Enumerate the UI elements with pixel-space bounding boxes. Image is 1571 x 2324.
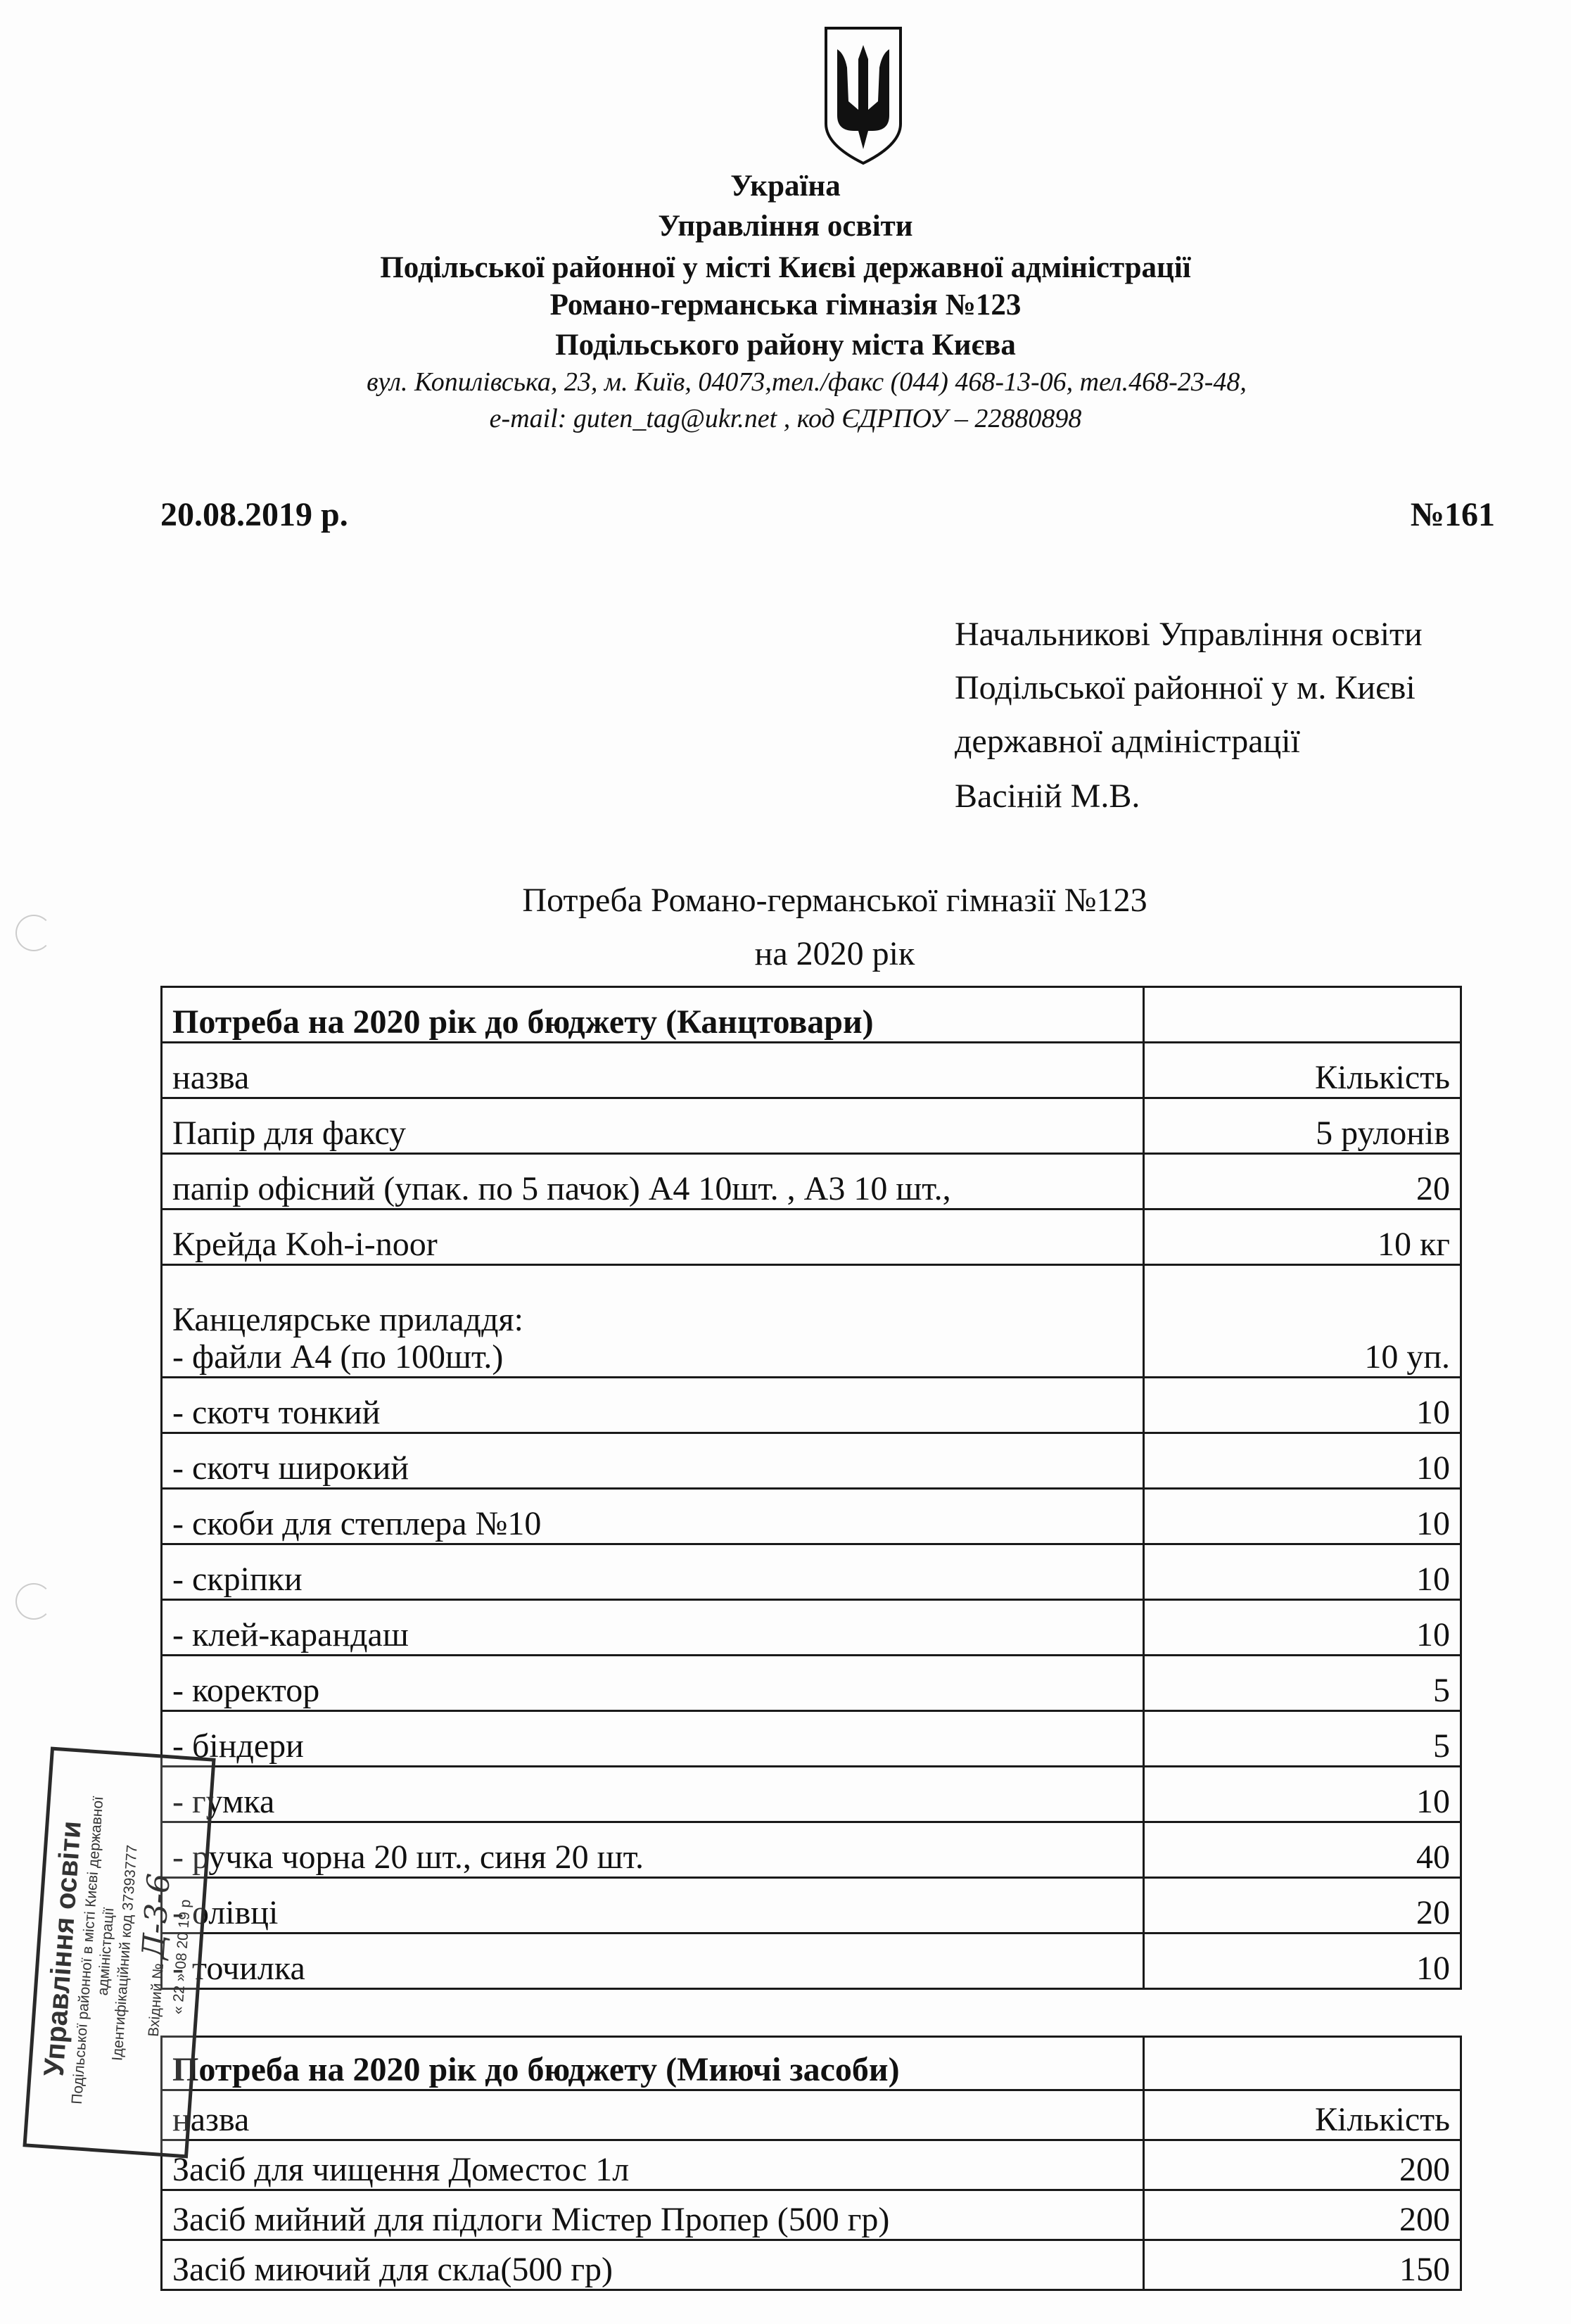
table-row: Папір для факсу5 рулонів: [162, 1098, 1461, 1154]
header-department: Управління освіти: [0, 211, 1571, 241]
item-quantity: 10 уп.: [1144, 1265, 1461, 1378]
item-name-text: - коректор: [172, 1672, 1133, 1710]
item-quantity: 10: [1144, 1600, 1461, 1656]
section-empty-cell: [1144, 987, 1461, 1043]
item-quantity: 5: [1144, 1656, 1461, 1711]
table-row: - скотч тонкий10: [162, 1378, 1461, 1433]
punch-hole: [15, 1583, 52, 1620]
table-row: - біндери5: [162, 1711, 1461, 1767]
item-name-text: - клей-карандаш: [172, 1616, 1133, 1654]
addressee-name: Васіній М.В.: [955, 780, 1140, 813]
item-name: Засіб для чищення Доместос 1л: [162, 2140, 1144, 2190]
item-name-text: - біндери: [172, 1727, 1133, 1765]
document-subtitle: на 2020 рік: [0, 937, 1571, 971]
item-quantity: 200: [1144, 2140, 1461, 2190]
header-address: вул. Копилівська, 23, м. Київ, 04073,тел…: [0, 369, 1571, 395]
table-row: Засіб для чищення Доместос 1л200: [162, 2140, 1461, 2190]
item-name: Засіб мийний для підлоги Містер Пропер (…: [162, 2190, 1144, 2240]
item-name-text: Засіб миючий для скла(500 гр): [172, 2251, 1133, 2289]
stamp-incoming-label: Вхідний №: [146, 1962, 167, 2037]
item-name-text: - скотч широкий: [172, 1449, 1133, 1487]
table-row: - ручка чорна 20 шт., синя 20 шт.40: [162, 1822, 1461, 1878]
item-quantity: 10: [1144, 1433, 1461, 1489]
item-name-text: Засіб для чищення Доместос 1л: [172, 2151, 1133, 2189]
column-name: назва: [162, 1043, 1144, 1098]
stationery-table: Потреба на 2020 рік до бюджету (Канцтова…: [160, 986, 1462, 1990]
item-quantity: 150: [1144, 2240, 1461, 2290]
item-quantity: 5 рулонів: [1144, 1098, 1461, 1154]
header-administration: Подільської районної у місті Києві держа…: [0, 253, 1571, 283]
item-name-text: - ручка чорна 20 шт., синя 20 шт.: [172, 1839, 1133, 1877]
table-row: - точилка10: [162, 1934, 1461, 1989]
item-name: Папір для факсу: [162, 1098, 1144, 1154]
item-name: - скотч широкий: [162, 1433, 1144, 1489]
table-column-header: назва Кількість: [162, 2090, 1461, 2140]
item-name-text: Крейда Koh-i-noor: [172, 1226, 1133, 1264]
table-row: Крейда Koh-i-noor10 кг: [162, 1209, 1461, 1265]
item-name: - олівці: [162, 1878, 1144, 1934]
item-quantity: 200: [1144, 2190, 1461, 2240]
trident-icon: [822, 25, 905, 165]
addressee-line: державної адміністрації: [955, 725, 1300, 758]
item-name-text: - точилка: [172, 1950, 1133, 1988]
table-row: - коректор5: [162, 1656, 1461, 1711]
section-title: Потреба на 2020 рік до бюджету (Канцтова…: [162, 987, 1144, 1043]
stamp-handwritten-number: Д-3-6: [135, 1872, 177, 1960]
header-contact: e-mail: guten_tag@ukr.net , код ЄДРПОУ –…: [0, 405, 1571, 432]
incoming-registration-stamp: Управління освіти Подільської районної в…: [23, 1746, 215, 2158]
addressee-line: Начальникові Управління освіти: [955, 618, 1423, 652]
table-row: Засіб мийний для підлоги Містер Пропер (…: [162, 2190, 1461, 2240]
table-row: папір офісний (упак. по 5 пачок) А4 10шт…: [162, 1154, 1461, 1209]
item-name-text: - гумка: [172, 1783, 1133, 1821]
letter-date: 20.08.2019 р.: [160, 495, 348, 534]
table-row: Засіб миючий для скла(500 гр)150: [162, 2240, 1461, 2290]
item-name-text: - олівці: [172, 1894, 1133, 1932]
item-quantity: 40: [1144, 1822, 1461, 1878]
item-name: - ручка чорна 20 шт., синя 20 шт.: [162, 1822, 1144, 1878]
item-quantity: 5: [1144, 1711, 1461, 1767]
section-empty-cell: [1144, 2037, 1461, 2090]
item-name: Засіб миючий для скла(500 гр): [162, 2240, 1144, 2290]
item-name: - клей-карандаш: [162, 1600, 1144, 1656]
table-column-header: назва Кількість: [162, 1043, 1461, 1098]
item-name-text: Засіб мийний для підлоги Містер Пропер (…: [172, 2201, 1133, 2239]
ukraine-trident-emblem: [822, 25, 905, 165]
header-district: Подільського району міста Києва: [0, 330, 1571, 360]
document-title: Потреба Романо-германської гімназії №123: [0, 884, 1571, 917]
item-name: папір офісний (упак. по 5 пачок) А4 10шт…: [162, 1154, 1144, 1209]
addressee-line: Подільської районної у м. Києві: [955, 671, 1416, 705]
item-quantity: 20: [1144, 1154, 1461, 1209]
section-title: Потреба на 2020 рік до бюджету (Миючі за…: [162, 2037, 1144, 2090]
item-name-text: Канцелярське приладдя:: [172, 1301, 1133, 1339]
item-name-text: Папір для факсу: [172, 1115, 1133, 1153]
table-row: - олівці20: [162, 1878, 1461, 1934]
column-quantity: Кількість: [1144, 1043, 1461, 1098]
table-row: - клей-карандаш10: [162, 1600, 1461, 1656]
item-name: - біндери: [162, 1711, 1144, 1767]
item-name: - скотч тонкий: [162, 1378, 1144, 1433]
item-name-text: - скоби для степлера №10: [172, 1505, 1133, 1543]
letter-number: №161: [1411, 495, 1495, 534]
item-quantity: 10: [1144, 1378, 1461, 1433]
table-row: - скріпки10: [162, 1544, 1461, 1600]
item-quantity: 10: [1144, 1767, 1461, 1822]
column-name: назва: [162, 2090, 1144, 2140]
item-name: - гумка: [162, 1767, 1144, 1822]
item-name: Крейда Koh-i-noor: [162, 1209, 1144, 1265]
table-row: - скотч широкий10: [162, 1433, 1461, 1489]
header-country: Україна: [0, 171, 1571, 201]
item-name: - коректор: [162, 1656, 1144, 1711]
item-name: Канцелярське приладдя:- файли А4 (по 100…: [162, 1265, 1144, 1378]
item-name: - скоби для степлера №10: [162, 1489, 1144, 1544]
item-quantity: 20: [1144, 1878, 1461, 1934]
header-school: Романо-германська гімназія №123: [0, 290, 1571, 320]
table-row: - гумка10: [162, 1767, 1461, 1822]
item-quantity: 10: [1144, 1489, 1461, 1544]
item-name-text: - скотч тонкий: [172, 1394, 1133, 1432]
column-quantity: Кількість: [1144, 2090, 1461, 2140]
item-name: - точилка: [162, 1934, 1144, 1989]
item-quantity: 10: [1144, 1544, 1461, 1600]
table-section-header: Потреба на 2020 рік до бюджету (Миючі за…: [162, 2037, 1461, 2090]
table-row: - скоби для степлера №1010: [162, 1489, 1461, 1544]
table-section-header: Потреба на 2020 рік до бюджету (Канцтова…: [162, 987, 1461, 1043]
item-name-text: - скріпки: [172, 1561, 1133, 1599]
item-name-text: папір офісний (упак. по 5 пачок) А4 10шт…: [172, 1170, 1133, 1208]
item-name: - скріпки: [162, 1544, 1144, 1600]
item-quantity: 10 кг: [1144, 1209, 1461, 1265]
detergents-table: Потреба на 2020 рік до бюджету (Миючі за…: [160, 2036, 1462, 2291]
table-row: Канцелярське приладдя:- файли А4 (по 100…: [162, 1265, 1461, 1378]
item-subname-text: - файли А4 (по 100шт.): [172, 1338, 1133, 1376]
punch-hole: [15, 915, 52, 951]
item-quantity: 10: [1144, 1934, 1461, 1989]
